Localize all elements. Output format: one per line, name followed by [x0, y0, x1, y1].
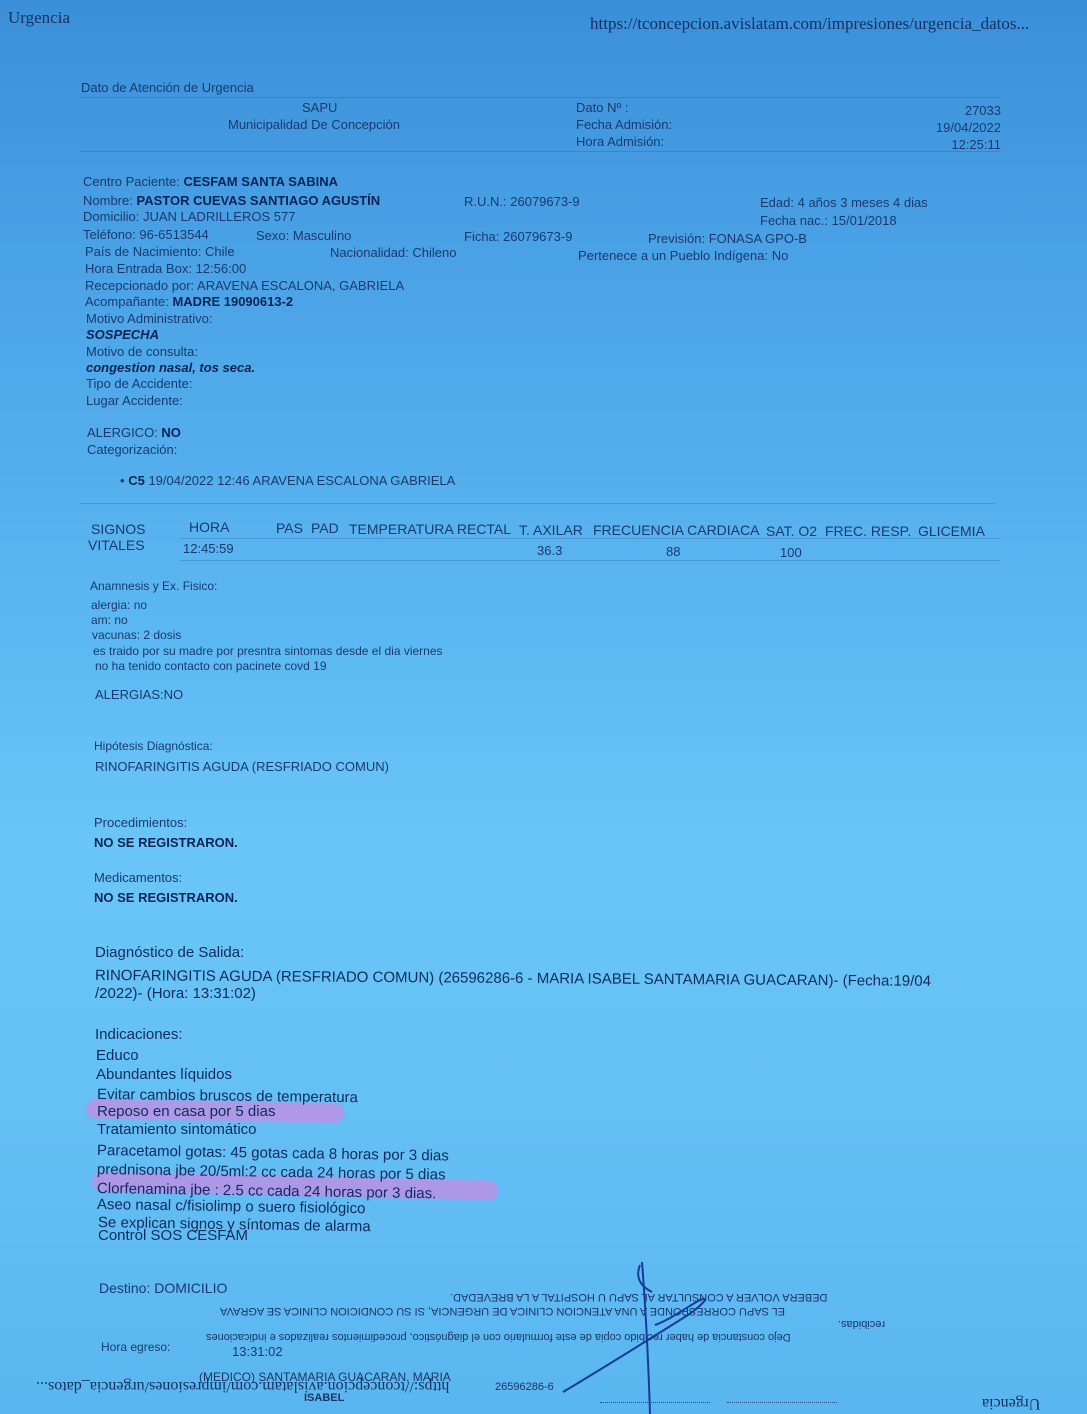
handwritten-signature-icon — [0, 0, 1087, 1414]
